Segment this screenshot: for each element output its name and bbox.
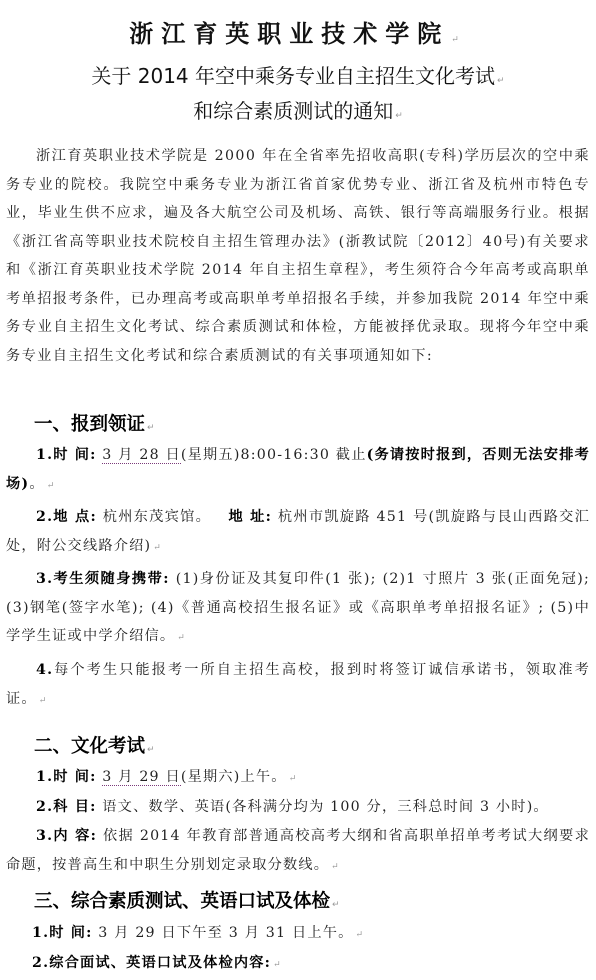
notice-title-line1: 关于 2014 年空中乘务专业自主招生文化考试↵ [0, 60, 596, 89]
exam-content-item: 3.内 容: 依据 2014 年教育部普通高校高考大纲和省高职单招单考考试大纲要… [6, 822, 590, 881]
heading-text: 二、文化考试 [34, 736, 145, 757]
item-text: 每个考生只能报考一所自主招生高校，报到时将签订诚信承诺书，领取准考证。 [6, 662, 590, 707]
date-text: 3 月 28 日 [102, 447, 181, 464]
paragraph-mark-icon: ↵ [497, 76, 505, 86]
one-school-rule-item: 4.每个考生只能报考一所自主招生高校，报到时将签订诚信承诺书，领取准考证。↵ [6, 656, 590, 715]
item-label: 1.时 间: [32, 925, 93, 941]
date-text: 3 月 29 日 [102, 769, 181, 786]
paragraph-mark-icon: ↵ [147, 745, 155, 755]
item-tail: 。 [29, 476, 44, 492]
address-label: 地 址: [228, 509, 272, 525]
paragraph-mark-icon: ↵ [451, 35, 467, 45]
exam-subjects-item: 2.科 目: 语文、数学、英语(各科满分均为 100 分，三科总时间 3 小时)… [6, 793, 590, 822]
paragraph-mark-icon: ↵ [273, 960, 282, 970]
intro-paragraph: 浙江育英职业技术学院是 2000 年在全省率先招收高职(专科)学历层次的空中乘务… [6, 142, 590, 370]
section-heading-quality-test: 三、综合素质测试、英语口试及体检↵ [34, 887, 340, 913]
item-label: 2.科 目: [36, 799, 97, 815]
item-text: 语文、数学、英语(各科满分均为 100 分，三科总时间 3 小时)。 [102, 799, 549, 815]
item-text: 3 月 29 日下午至 3 月 31 日上午。 [98, 925, 353, 941]
paragraph-mark-icon: ↵ [356, 930, 365, 940]
quality-test-time-item: 1.时 间: 3 月 29 日下午至 3 月 31 日上午。↵ [6, 919, 590, 950]
exam-time-item: 1.时 间: 3 月 29 日(星期六)上午。↵ [6, 763, 590, 794]
title-text: 浙江育英职业技术学院 [129, 19, 449, 48]
paragraph-mark-icon: ↵ [147, 423, 155, 433]
paragraph-mark-icon: ↵ [332, 900, 340, 910]
title-text: 和综合素质测试的通知 [193, 99, 393, 123]
item-label: 3.考生须随身携带: [36, 571, 170, 587]
paragraph-mark-icon: ↵ [47, 481, 56, 491]
heading-text: 一、报到领证 [34, 414, 145, 435]
document-page: 浙江育英职业技术学院↵ 关于 2014 年空中乘务专业自主招生文化考试↵ 和综合… [0, 0, 596, 980]
required-items-item: 3.考生须随身携带: (1)身份证及其复印件(1 张); (2)1 寸照片 3 … [6, 565, 590, 653]
paragraph-mark-icon: ↵ [177, 633, 186, 643]
item-label: 4. [36, 662, 53, 678]
paragraph-mark-icon: ↵ [153, 543, 162, 553]
section-heading-culture-exam: 二、文化考试↵ [34, 732, 155, 758]
title-text: 关于 2014 年空中乘务专业自主招生文化考试 [91, 64, 495, 88]
registration-location-item: 2.地 点: 杭州东茂宾馆。 地 址: 杭州市凯旋路 451 号(凯旋路与艮山西… [6, 503, 590, 562]
paragraph-mark-icon: ↵ [39, 696, 48, 706]
item-label: 2.地 点: [36, 509, 97, 525]
notice-title-line2: 和综合素质测试的通知↵ [0, 95, 596, 124]
item-label: 1.时 间: [36, 769, 97, 785]
section-heading-registration: 一、报到领证↵ [34, 410, 155, 436]
item-text: 杭州东茂宾馆。 [103, 509, 211, 525]
paragraph-mark-icon: ↵ [395, 111, 403, 121]
item-label: 3.内 容: [36, 828, 97, 844]
heading-text: 三、综合素质测试、英语口试及体检 [34, 891, 330, 912]
registration-time-item: 1.时 间: 3 月 28 日(星期五)8:00-16:30 截止(务请按时报到… [6, 441, 590, 500]
quality-test-content-item: 2.综合面试、英语口试及体检内容:↵ [6, 949, 590, 980]
item-label: 1.时 间: [36, 447, 97, 463]
item-text: (星期六)上午。 [181, 769, 287, 785]
item-label: 2.综合面试、英语口试及体检内容: [32, 955, 271, 971]
school-name-title: 浙江育英职业技术学院↵ [0, 14, 596, 49]
paragraph-mark-icon: ↵ [289, 774, 298, 784]
paragraph-mark-icon: ↵ [331, 862, 340, 872]
item-text: (星期五)8:00-16:30 截止 [181, 447, 367, 463]
